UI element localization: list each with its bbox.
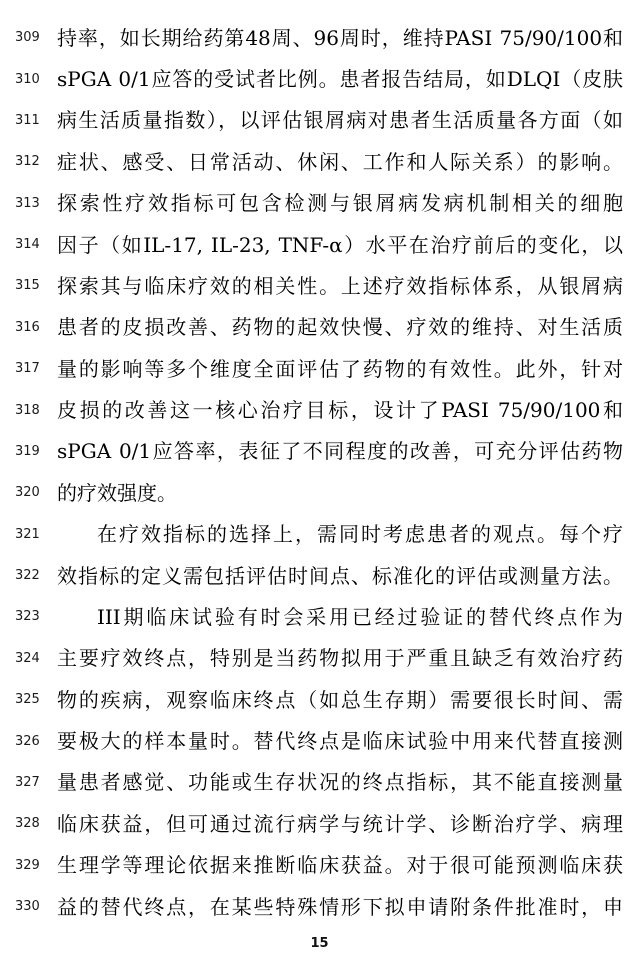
- line-text: 探索性疗效指标可包含检测与银屑病发病机制相关的细胞: [57, 191, 623, 215]
- text-line: 320 的疗效强度。: [0, 472, 639, 513]
- line-number: 319: [0, 444, 57, 459]
- line-number: 314: [0, 237, 57, 252]
- line-number: 323: [0, 609, 57, 624]
- line-text: 效指标的定义需包括评估时间点、标准化的评估或测量方法。: [57, 564, 623, 588]
- line-number: 316: [0, 320, 57, 335]
- text-line: 309 持率，如长期给药第48周、96周时，维持PASI 75/90/100和: [0, 17, 639, 58]
- text-line: 314 因子（如IL-17, IL-23, TNF-α）水平在治疗前后的变化，以: [0, 224, 639, 265]
- text-line: 318 皮损的改善这一核心治疗目标，设计了PASI 75/90/100和: [0, 389, 639, 430]
- text-line: 319 sPGA 0/1应答率，表征了不同程度的改善，可充分评估药物: [0, 431, 639, 472]
- document-page: 309 持率，如长期给药第48周、96周时，维持PASI 75/90/100和 …: [0, 0, 639, 963]
- text-line: 312 症状、感受、日常活动、休闲、工作和人际关系）的影响。: [0, 141, 639, 182]
- line-text: 量的影响等多个维度全面评估了药物的有效性。此外，针对: [57, 357, 623, 381]
- line-number: 318: [0, 403, 57, 418]
- line-text: III期临床试验有时会采用已经过验证的替代终点作为: [57, 605, 623, 629]
- text-line: 315 探索其与临床疗效的相关性。上述疗效指标体系，从银屑病: [0, 265, 639, 306]
- line-text: 临床获益，但可通过流行病学与统计学、诊断治疗学、病理: [57, 812, 623, 836]
- text-line: 322 效指标的定义需包括评估时间点、标准化的评估或测量方法。: [0, 555, 639, 596]
- text-line: 325 物的疾病，观察临床终点（如总生存期）需要很长时间、需: [0, 679, 639, 720]
- page-number: 15: [0, 936, 639, 951]
- line-text: sPGA 0/1应答的受试者比例。患者报告结局，如DLQI（皮肤: [57, 67, 623, 91]
- text-line: 321 在疗效指标的选择上，需同时考虑患者的观点。每个疗: [0, 514, 639, 555]
- line-number: 313: [0, 196, 57, 211]
- line-text: 患者的皮损改善、药物的起效快慢、疗效的维持、对生活质: [57, 315, 623, 339]
- line-number: 327: [0, 775, 57, 790]
- line-text: 要极大的样本量时。替代终点是临床试验中用来代替直接测: [57, 729, 623, 753]
- line-text: 在疗效指标的选择上，需同时考虑患者的观点。每个疗: [57, 522, 623, 546]
- line-text: sPGA 0/1应答率，表征了不同程度的改善，可充分评估药物: [57, 439, 623, 463]
- line-text: 因子（如IL-17, IL-23, TNF-α）水平在治疗前后的变化，以: [57, 233, 623, 257]
- line-text: 皮损的改善这一核心治疗目标，设计了PASI 75/90/100和: [57, 398, 623, 422]
- body-text: 309 持率，如长期给药第48周、96周时，维持PASI 75/90/100和 …: [0, 17, 639, 927]
- line-number: 320: [0, 485, 57, 500]
- text-line: 323 III期临床试验有时会采用已经过验证的替代终点作为: [0, 596, 639, 637]
- line-text: 益的替代终点，在某些特殊情形下拟申请附条件批准时，申: [57, 895, 623, 919]
- text-line: 310 sPGA 0/1应答的受试者比例。患者报告结局，如DLQI（皮肤: [0, 58, 639, 99]
- text-line: 316 患者的皮损改善、药物的起效快慢、疗效的维持、对生活质: [0, 307, 639, 348]
- line-text: 生理学等理论依据来推断临床获益。对于很可能预测临床获: [57, 853, 623, 877]
- text-line: 329 生理学等理论依据来推断临床获益。对于很可能预测临床获: [0, 845, 639, 886]
- line-text: 量患者感觉、功能或生存状况的终点指标，其不能直接测量: [57, 770, 623, 794]
- line-number: 322: [0, 568, 57, 583]
- text-line: 330 益的替代终点，在某些特殊情形下拟申请附条件批准时，申: [0, 886, 639, 927]
- line-text: 探索其与临床疗效的相关性。上述疗效指标体系，从银屑病: [57, 274, 623, 298]
- line-text: 物的疾病，观察临床终点（如总生存期）需要很长时间、需: [57, 688, 623, 712]
- line-number: 317: [0, 361, 57, 376]
- line-number: 309: [0, 30, 57, 45]
- text-line: 311 病生活质量指数），以评估银屑病对患者生活质量各方面（如: [0, 100, 639, 141]
- text-line: 327 量患者感觉、功能或生存状况的终点指标，其不能直接测量: [0, 762, 639, 803]
- text-line: 326 要极大的样本量时。替代终点是临床试验中用来代替直接测: [0, 720, 639, 761]
- text-line: 328 临床获益，但可通过流行病学与统计学、诊断治疗学、病理: [0, 803, 639, 844]
- line-number: 326: [0, 734, 57, 749]
- line-text: 病生活质量指数），以评估银屑病对患者生活质量各方面（如: [57, 108, 623, 132]
- line-number: 329: [0, 858, 57, 873]
- line-number: 324: [0, 651, 57, 666]
- text-line: 324 主要疗效终点，特别是当药物拟用于严重且缺乏有效治疗药: [0, 638, 639, 679]
- line-number: 310: [0, 72, 57, 87]
- line-text: 症状、感受、日常活动、休闲、工作和人际关系）的影响。: [57, 150, 623, 174]
- text-line: 317 量的影响等多个维度全面评估了药物的有效性。此外，针对: [0, 348, 639, 389]
- text-line: 313 探索性疗效指标可包含检测与银屑病发病机制相关的细胞: [0, 183, 639, 224]
- line-number: 321: [0, 527, 57, 542]
- line-number: 311: [0, 113, 57, 128]
- line-text: 持率，如长期给药第48周、96周时，维持PASI 75/90/100和: [57, 26, 623, 50]
- line-text: 的疗效强度。: [57, 481, 623, 505]
- line-number: 325: [0, 692, 57, 707]
- line-number: 312: [0, 154, 57, 169]
- line-number: 315: [0, 278, 57, 293]
- line-number: 330: [0, 899, 57, 914]
- line-number: 328: [0, 816, 57, 831]
- line-text: 主要疗效终点，特别是当药物拟用于严重且缺乏有效治疗药: [57, 646, 623, 670]
